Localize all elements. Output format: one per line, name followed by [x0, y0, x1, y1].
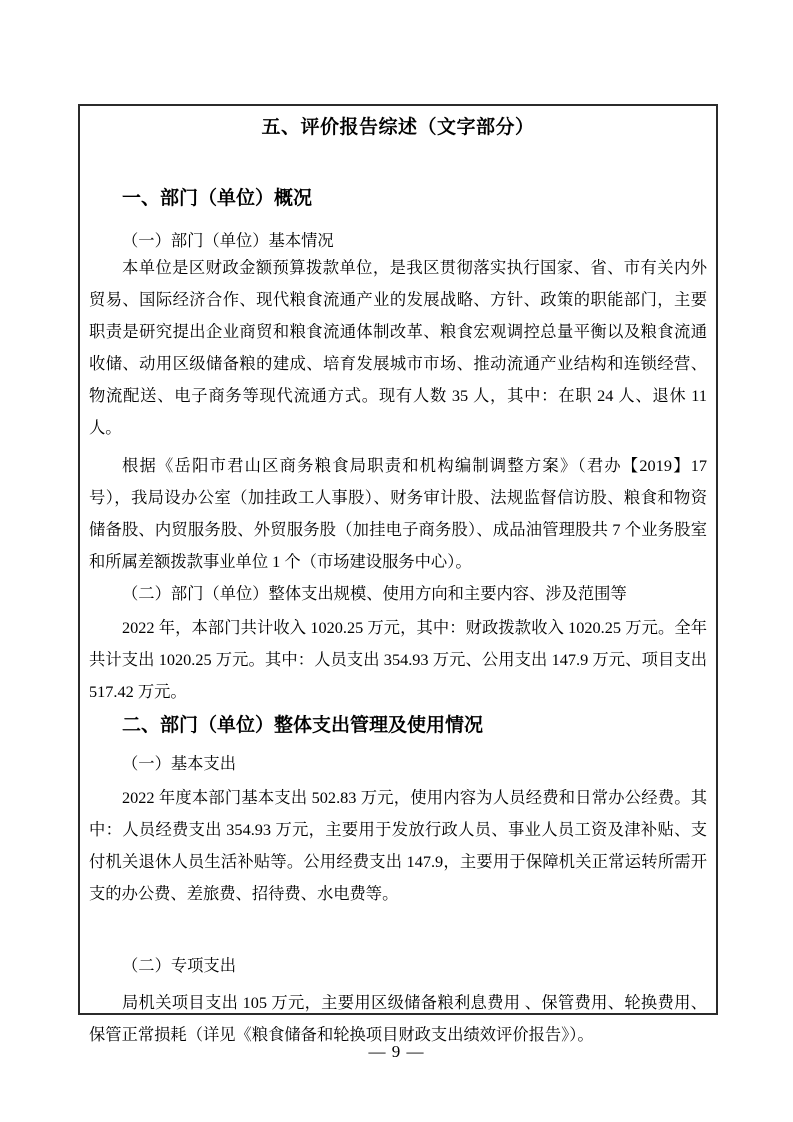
subsection-2-1-heading: （一）基本支出 — [89, 753, 707, 775]
page: 五、评价报告综述（文字部分） 一、部门（单位）概况 （一）部门（单位）基本情况 … — [0, 0, 793, 1122]
subsection-1-2-heading: （二）部门（单位）整体支出规模、使用方向和主要内容、涉及范围等 — [89, 583, 707, 605]
paragraph-basic-expenditure: 2022 年度本部门基本支出 502.83 万元，使用内容为人员经费和日常办公经… — [89, 782, 707, 910]
section-2-heading: 二、部门（单位）整体支出管理及使用情况 — [89, 713, 707, 739]
report-border-box: 五、评价报告综述（文字部分） 一、部门（单位）概况 （一）部门（单位）基本情况 … — [78, 104, 718, 1015]
paragraph-overall-expenditure: 2022 年，本部门共计收入 1020.25 万元，其中：财政拨款收入 1020… — [89, 612, 707, 708]
subsection-2-2-heading: （二）专项支出 — [89, 955, 707, 977]
paragraph-org-structure: 根据《岳阳市君山区商务粮食局职责和机构编制调整方案》（君办【2019】17 号）… — [89, 450, 707, 578]
report-title: 五、评价报告综述（文字部分） — [89, 116, 707, 140]
page-number: — 9 — — [0, 1042, 793, 1062]
paragraph-department-overview: 本单位是区财政金额预算拨款单位，是我区贯彻落实执行国家、省、市有关内外贸易、国际… — [89, 252, 707, 444]
subsection-1-1-heading: （一）部门（单位）基本情况 — [89, 230, 707, 252]
section-1-heading: 一、部门（单位）概况 — [89, 186, 707, 212]
